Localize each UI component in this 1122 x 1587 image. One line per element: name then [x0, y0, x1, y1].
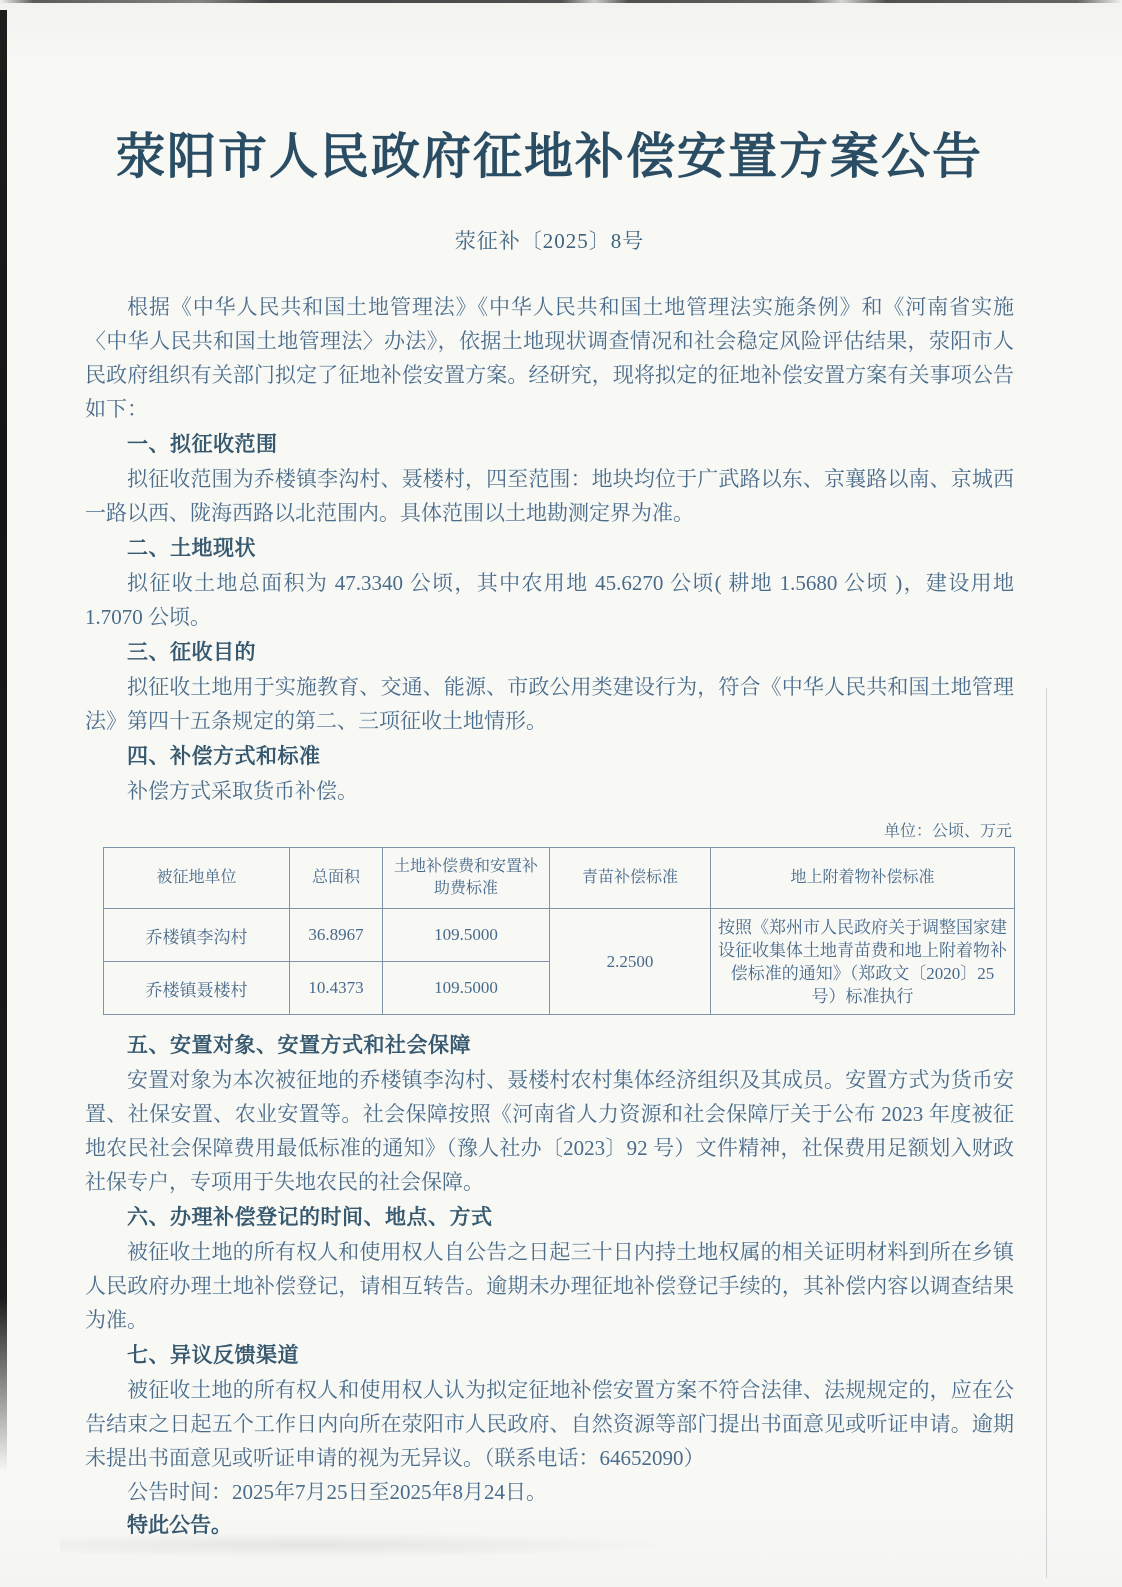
cell-village-name: 乔楼镇聂楼村: [104, 962, 290, 1015]
header-expropriated-unit: 被征地单位: [104, 848, 290, 909]
header-land-compensation: 土地补偿费和安置补助费标准: [383, 848, 550, 909]
header-seedling-standard: 青苗补偿标准: [550, 848, 711, 909]
section-6-body: 被征收土地的所有权人和使用权人自公告之日起三十日内持土地权属的相关证明材料到所在…: [85, 1235, 1014, 1337]
section-4-heading: 四、补偿方式和标准: [85, 740, 1014, 774]
cell-total-area: 36.8967: [290, 909, 383, 962]
section-5-body: 安置对象为本次被征地的乔楼镇李沟村、聂楼村农村集体经济组织及其成员。安置方式为货…: [85, 1063, 1014, 1199]
section-2-body: 拟征收土地总面积为 47.3340 公顷，其中农用地 45.6270 公顷( 耕…: [85, 566, 1014, 634]
table-header-row: 被征地单位 总面积 土地补偿费和安置补助费标准 青苗补偿标准 地上附着物补偿标准: [104, 848, 1015, 909]
cell-seedling-standard: 2.2500: [550, 909, 711, 1015]
cell-village-name: 乔楼镇李沟村: [104, 909, 290, 962]
closing-statement: 特此公告。: [85, 1509, 1014, 1543]
section-4-body: 补偿方式采取货币补偿。: [85, 774, 1014, 808]
section-6-heading: 六、办理补偿登记的时间、地点、方式: [85, 1201, 1014, 1235]
document-page: 荥阳市人民政府征地补偿安置方案公告 荥征补〔2025〕8号 根据《中华人民共和国…: [85, 118, 1014, 1543]
intro-paragraph: 根据《中华人民共和国土地管理法》《中华人民共和国土地管理法实施条例》和《河南省实…: [85, 290, 1014, 426]
section-7-body: 被征收土地的所有权人和使用权人认为拟定征地补偿安置方案不符合法律、法规规定的，应…: [85, 1373, 1014, 1475]
section-3-body: 拟征收土地用于实施教育、交通、能源、市政公用类建设行为，符合《中华人民共和国土地…: [85, 670, 1014, 738]
section-3-heading: 三、征收目的: [85, 636, 1014, 670]
section-1-body: 拟征收范围为乔楼镇李沟村、聂楼村，四至范围：地块均位于广武路以东、京襄路以南、京…: [85, 462, 1014, 530]
unit-note: 单位：公顷、万元: [85, 818, 1012, 841]
scan-artifact-left-strip: [0, 10, 7, 1472]
section-5-heading: 五、安置对象、安置方式和社会保障: [85, 1029, 1014, 1063]
cell-land-compensation: 109.5000: [383, 909, 550, 962]
scan-artifact-top-edge: [0, 0, 1122, 3]
cell-land-compensation: 109.5000: [383, 962, 550, 1015]
table-row: 乔楼镇李沟村 36.8967 109.5000 2.2500 按照《郑州市人民政…: [104, 909, 1015, 962]
section-2-heading: 二、土地现状: [85, 532, 1014, 566]
cell-total-area: 10.4373: [290, 962, 383, 1015]
scan-artifact-right-crease: [1046, 688, 1047, 1578]
section-7-heading: 七、异议反馈渠道: [85, 1339, 1014, 1373]
doc-number: 荥征补〔2025〕8号: [85, 225, 1014, 255]
header-total-area: 总面积: [290, 848, 383, 909]
section-1-heading: 一、拟征收范围: [85, 428, 1014, 462]
page-title: 荥阳市人民政府征地补偿安置方案公告: [85, 118, 1014, 188]
header-attachment-standard: 地上附着物补偿标准: [711, 848, 1015, 909]
cell-attachment-standard: 按照《郑州市人民政府关于调整国家建设征收集体土地青苗费和地上附着物补偿标准的通知…: [711, 909, 1015, 1015]
announcement-period: 公告时间：2025年7月25日至2025年8月24日。: [85, 1475, 1014, 1509]
compensation-table: 被征地单位 总面积 土地补偿费和安置补助费标准 青苗补偿标准 地上附着物补偿标准…: [103, 847, 1015, 1015]
